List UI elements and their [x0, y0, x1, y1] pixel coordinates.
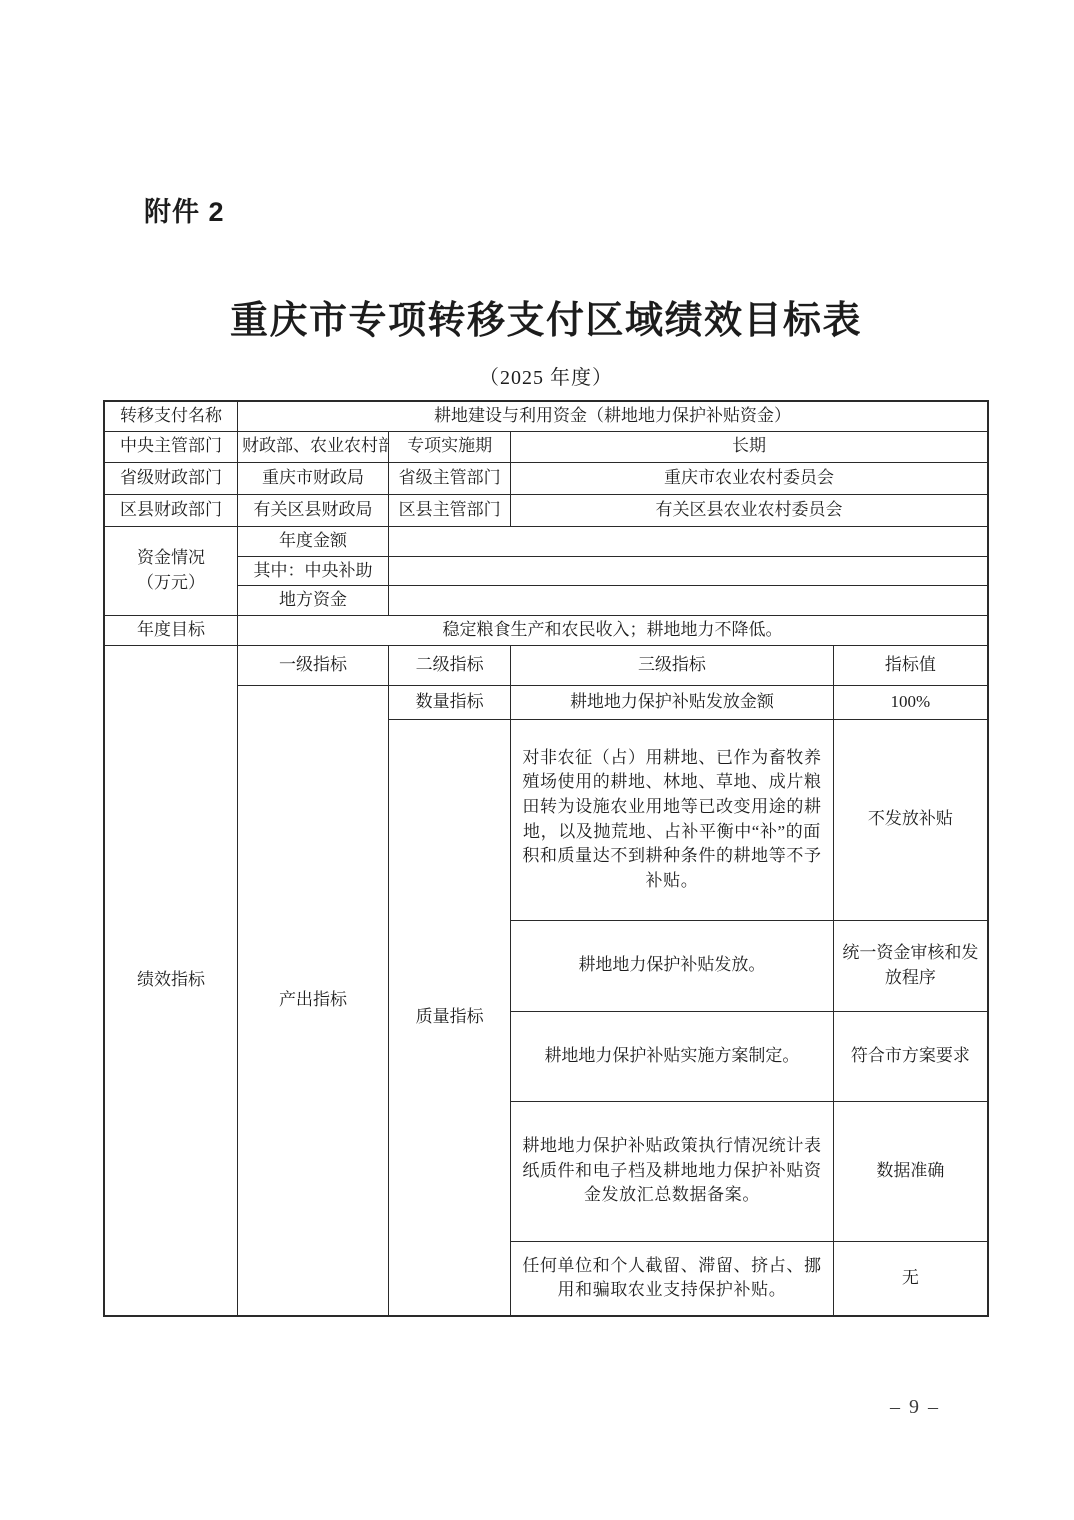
row-funding-central: 其中：中央补助: [104, 556, 988, 586]
row-prov: 省级财政部门 重庆市财政局 省级主管部门 重庆市农业农村委员会: [104, 462, 988, 494]
cell-annual-goal-label: 年度目标: [104, 615, 237, 645]
cell-prov-dept-label: 省级主管部门: [389, 462, 511, 494]
cell-quality-5-value: 无: [833, 1241, 988, 1316]
cell-quality-5-indicator: 任何单位和个人截留、滞留、挤占、挪用和骗取农业支持保护补贴。: [511, 1241, 834, 1316]
page-content: 附件 2 重庆市专项转移支付区域绩效目标表 （2025 年度） 转移支付名称 耕…: [103, 0, 989, 1317]
cell-funding-local-label: 地方资金: [237, 586, 388, 616]
cell-funding-label: 资金情况 （万元）: [104, 526, 237, 615]
document-page: { "page": { "attachment_label": "附件 2", …: [0, 0, 1074, 1520]
cell-funding-annual-label: 年度金额: [237, 526, 388, 556]
cell-header-level2: 二级指标: [389, 645, 511, 685]
cell-quality-1-value: 不发放补贴: [833, 719, 988, 920]
cell-quality-2-value: 统一资金审核和发放程序: [833, 920, 988, 1011]
cell-quality-label: 质量指标: [389, 719, 511, 1316]
cell-output-indicator-label: 产出指标: [237, 685, 388, 1316]
cell-transfer-name-label: 转移支付名称: [104, 401, 237, 431]
cell-prov-dept-value: 重庆市农业农村委员会: [511, 462, 988, 494]
row-funding-local: 地方资金: [104, 586, 988, 616]
cell-quality-2-indicator: 耕地地力保护补贴发放。: [511, 920, 834, 1011]
cell-quality-3-value: 符合市方案要求: [833, 1011, 988, 1101]
row-funding-annual: 资金情况 （万元） 年度金额: [104, 526, 988, 556]
cell-funding-central-value: [389, 556, 988, 586]
cell-perf-indicator-label: 绩效指标: [104, 645, 237, 1316]
cell-annual-goal-value: 稳定粮食生产和农民收入；耕地地力不降低。: [237, 615, 988, 645]
cell-impl-period-value: 长期: [511, 431, 988, 462]
doc-title: 重庆市专项转移支付区域绩效目标表: [103, 289, 989, 344]
page-number: – 9 –: [890, 1396, 940, 1419]
cell-county-dept-label: 区县主管部门: [389, 494, 511, 526]
cell-central-dept-value: 财政部、农业农村部: [237, 431, 388, 462]
cell-quantity-label: 数量指标: [389, 685, 511, 719]
cell-transfer-name-value: 耕地建设与利用资金（耕地地力保护补贴资金）: [237, 401, 988, 431]
cell-header-level1: 一级指标: [237, 645, 388, 685]
row-transfer-name: 转移支付名称 耕地建设与利用资金（耕地地力保护补贴资金）: [104, 401, 988, 431]
cell-header-level3: 三级指标: [511, 645, 834, 685]
row-quantity: 产出指标 数量指标 耕地地力保护补贴发放金额 100%: [104, 685, 988, 719]
cell-quality-4-indicator: 耕地地力保护补贴政策执行情况统计表纸质件和电子档及耕地地力保护补贴资金发放汇总数…: [511, 1101, 834, 1241]
cell-funding-annual-value: [389, 526, 988, 556]
row-county: 区县财政部门 有关区县财政局 区县主管部门 有关区县农业农村委员会: [104, 494, 988, 526]
attachment-label: 附件 2: [144, 190, 989, 229]
cell-impl-period-label: 专项实施期: [389, 431, 511, 462]
row-central-dept: 中央主管部门 财政部、农业农村部 专项实施期 长期: [104, 431, 988, 462]
cell-county-dept-value: 有关区县农业农村委员会: [511, 494, 988, 526]
cell-county-finance-value: 有关区县财政局: [237, 494, 388, 526]
cell-funding-local-value: [389, 586, 988, 616]
row-annual-goal: 年度目标 稳定粮食生产和农民收入；耕地地力不降低。: [104, 615, 988, 645]
cell-quantity-value: 100%: [833, 685, 988, 719]
cell-prov-finance-value: 重庆市财政局: [237, 462, 388, 494]
cell-prov-finance-label: 省级财政部门: [104, 462, 237, 494]
row-indicator-header: 绩效指标 一级指标 二级指标 三级指标 指标值: [104, 645, 988, 685]
cell-quantity-indicator: 耕地地力保护补贴发放金额: [511, 685, 834, 719]
cell-quality-3-indicator: 耕地地力保护补贴实施方案制定。: [511, 1011, 834, 1101]
cell-funding-central-label: 其中：中央补助: [237, 556, 388, 586]
cell-central-dept-label: 中央主管部门: [104, 431, 237, 462]
cell-quality-1-indicator: 对非农征（占）用耕地、已作为畜牧养殖场使用的耕地、林地、草地、成片粮田转为设施农…: [511, 719, 834, 920]
cell-quality-4-value: 数据准确: [833, 1101, 988, 1241]
doc-subtitle: （2025 年度）: [103, 361, 989, 390]
cell-header-value: 指标值: [833, 645, 988, 685]
performance-target-table: 转移支付名称 耕地建设与利用资金（耕地地力保护补贴资金） 中央主管部门 财政部、…: [103, 400, 989, 1317]
cell-county-finance-label: 区县财政部门: [104, 494, 237, 526]
